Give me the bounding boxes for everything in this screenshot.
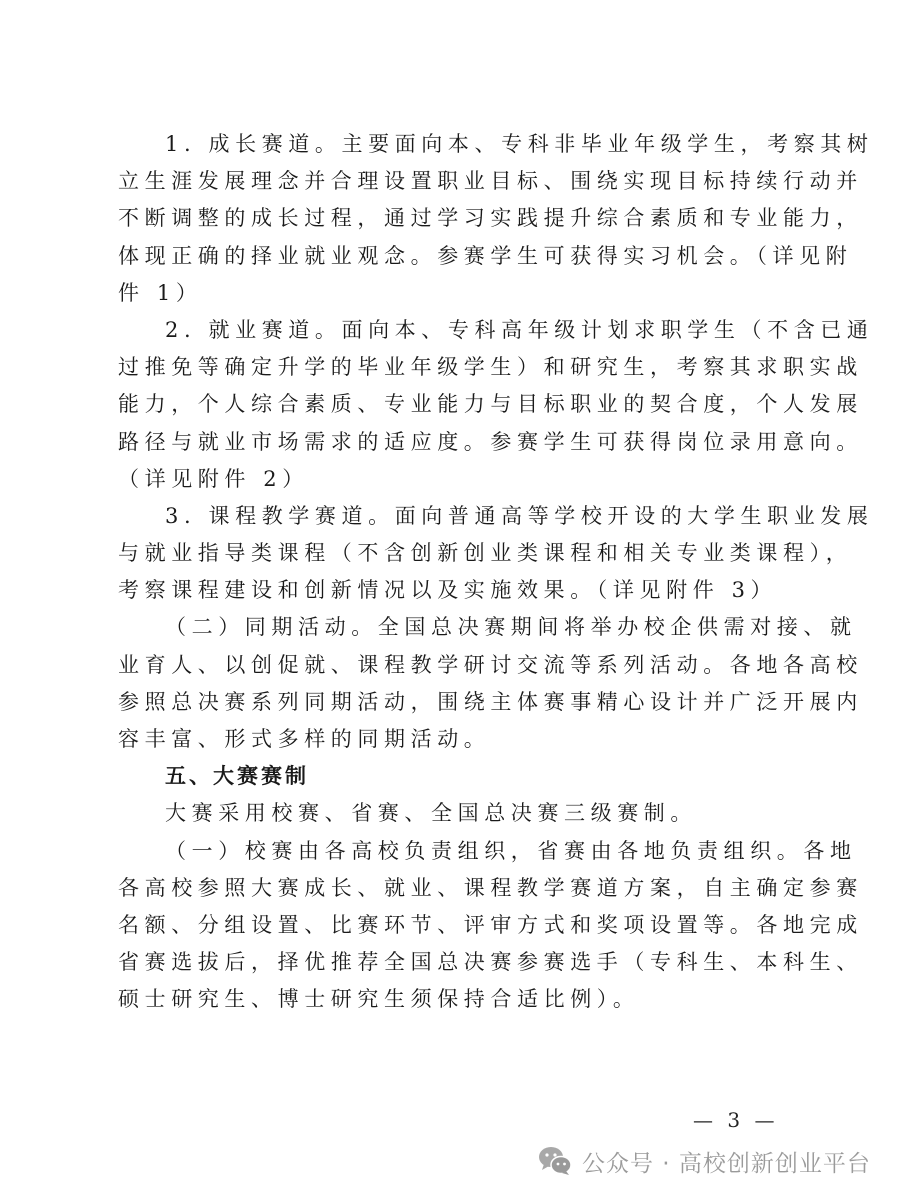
document-body: 1. 成长赛道。主要面向本、专科非毕业年级学生，考察其树 立生涯发展理念并合理设… (118, 126, 788, 1019)
text-line: 体现正确的择业就业观念。参赛学生可获得实习机会。（详见附 (118, 238, 788, 275)
text-line: 2. 就业赛道。面向本、专科高年级计划求职学生（不含已通 (118, 312, 788, 349)
text-line: 件 1） (118, 275, 788, 312)
text-line: 硕士研究生、博士研究生须保持合适比例）。 (118, 981, 788, 1018)
text-line: 立生涯发展理念并合理设置职业目标、围绕实现目标持续行动并 (118, 163, 788, 200)
text-line: 省赛选拔后，择优推荐全国总决赛参赛选手（专科生、本科生、 (118, 944, 788, 981)
text-line: 名额、分组设置、比赛环节、评审方式和奖项设置等。各地完成 (118, 907, 788, 944)
text-line: 参照总决赛系列同期活动，围绕主体赛事精心设计并广泛开展内 (118, 684, 788, 721)
text-line: 路径与就业市场需求的适应度。参赛学生可获得岗位录用意向。 (118, 424, 788, 461)
page-number: — 3 — (693, 1108, 778, 1132)
wechat-icon (538, 1146, 572, 1176)
text-line: 各高校参照大赛成长、就业、课程教学赛道方案，自主确定参赛 (118, 870, 788, 907)
section-heading: 五、大赛赛制 (118, 758, 788, 795)
text-line: 不断调整的成长过程，通过学习实践提升综合素质和专业能力， (118, 200, 788, 237)
text-line: 大赛采用校赛、省赛、全国总决赛三级赛制。 (118, 795, 788, 832)
watermark: 公众号 · 高校创新创业平台 (538, 1143, 871, 1179)
text-line: 能力，个人综合素质、专业能力与目标职业的契合度，个人发展 (118, 386, 788, 423)
text-line: 容丰富、形式多样的同期活动。 (118, 721, 788, 758)
text-line: 3. 课程教学赛道。面向普通高等学校开设的大学生职业发展 (118, 498, 788, 535)
text-line: 业育人、以创促就、课程教学研讨交流等系列活动。各地各高校 (118, 647, 788, 684)
text-line: （一）校赛由各高校负责组织，省赛由各地负责组织。各地 (118, 833, 788, 870)
text-line: 考察课程建设和创新情况以及实施效果。（详见附件 3） (118, 572, 788, 609)
text-line: 过推免等确定升学的毕业年级学生）和研究生，考察其求职实战 (118, 349, 788, 386)
text-line: 与就业指导类课程（不含创新创业类课程和相关专业类课程）， (118, 535, 788, 572)
text-line: （二）同期活动。全国总决赛期间将举办校企供需对接、就 (118, 609, 788, 646)
watermark-text: 公众号 · 高校创新创业平台 (582, 1145, 871, 1178)
text-line: （详见附件 2） (118, 461, 788, 498)
text-line: 1. 成长赛道。主要面向本、专科非毕业年级学生，考察其树 (118, 126, 788, 163)
